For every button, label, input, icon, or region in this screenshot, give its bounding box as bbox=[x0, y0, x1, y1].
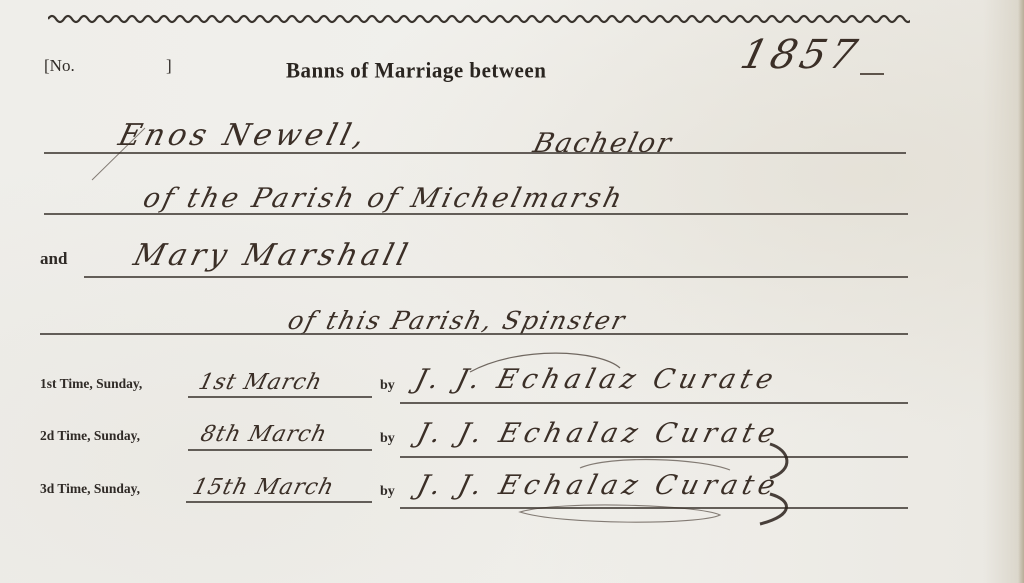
banns-1-by-label: by bbox=[380, 378, 395, 394]
form-title: Banns of Marriage between bbox=[286, 57, 546, 83]
bride-parish-line bbox=[40, 333, 908, 335]
wavy-ornament-rule bbox=[48, 12, 910, 26]
banns-2-label: 2d Time, Sunday, bbox=[40, 428, 140, 444]
groom-name-line bbox=[44, 152, 906, 154]
groom-name: Enos Newell, bbox=[115, 118, 372, 153]
year-dash bbox=[860, 73, 884, 75]
register-page: [No. ] Banns of Marriage between 1857 En… bbox=[0, 0, 1024, 583]
banns-3-label: 3d Time, Sunday, bbox=[40, 481, 140, 497]
banns-3-date-line bbox=[186, 501, 372, 503]
banns-1-label: 1st Time, Sunday, bbox=[40, 376, 142, 392]
groom-status: Bachelor bbox=[530, 128, 676, 159]
banns-2-by-label: by bbox=[380, 431, 395, 447]
banns-1-officiant: J. J. Echalaz Curate bbox=[412, 364, 781, 395]
bride-name-line bbox=[84, 276, 908, 278]
groom-parish: of the Parish of Michelmarsh bbox=[140, 183, 628, 214]
register-year: 1857 bbox=[736, 32, 865, 78]
banns-2-officiant: J. J. Echalaz Curate bbox=[414, 418, 783, 449]
banns-3-officiant-line bbox=[400, 507, 908, 509]
entry-number-bracket: ] bbox=[166, 56, 172, 76]
groom-parish-line bbox=[44, 213, 908, 215]
and-label: and bbox=[40, 249, 67, 269]
entry-number-label: [No. bbox=[44, 56, 75, 76]
banns-2-officiant-line bbox=[400, 456, 908, 458]
banns-3-by-label: by bbox=[380, 484, 395, 500]
banns-2-date-line bbox=[188, 449, 372, 451]
banns-2-date: 8th March bbox=[198, 422, 330, 447]
banns-1-date-line bbox=[188, 396, 372, 398]
banns-1-date: 1st March bbox=[196, 370, 325, 395]
banns-3-date: 15th March bbox=[190, 475, 337, 500]
banns-3-officiant: J. J. Echalaz Curate bbox=[414, 470, 783, 501]
bride-parish: of this Parish, Spinster bbox=[285, 306, 630, 335]
banns-1-officiant-line bbox=[400, 402, 908, 404]
bride-name: Mary Marshall bbox=[130, 238, 415, 273]
page-edge bbox=[1018, 0, 1024, 583]
